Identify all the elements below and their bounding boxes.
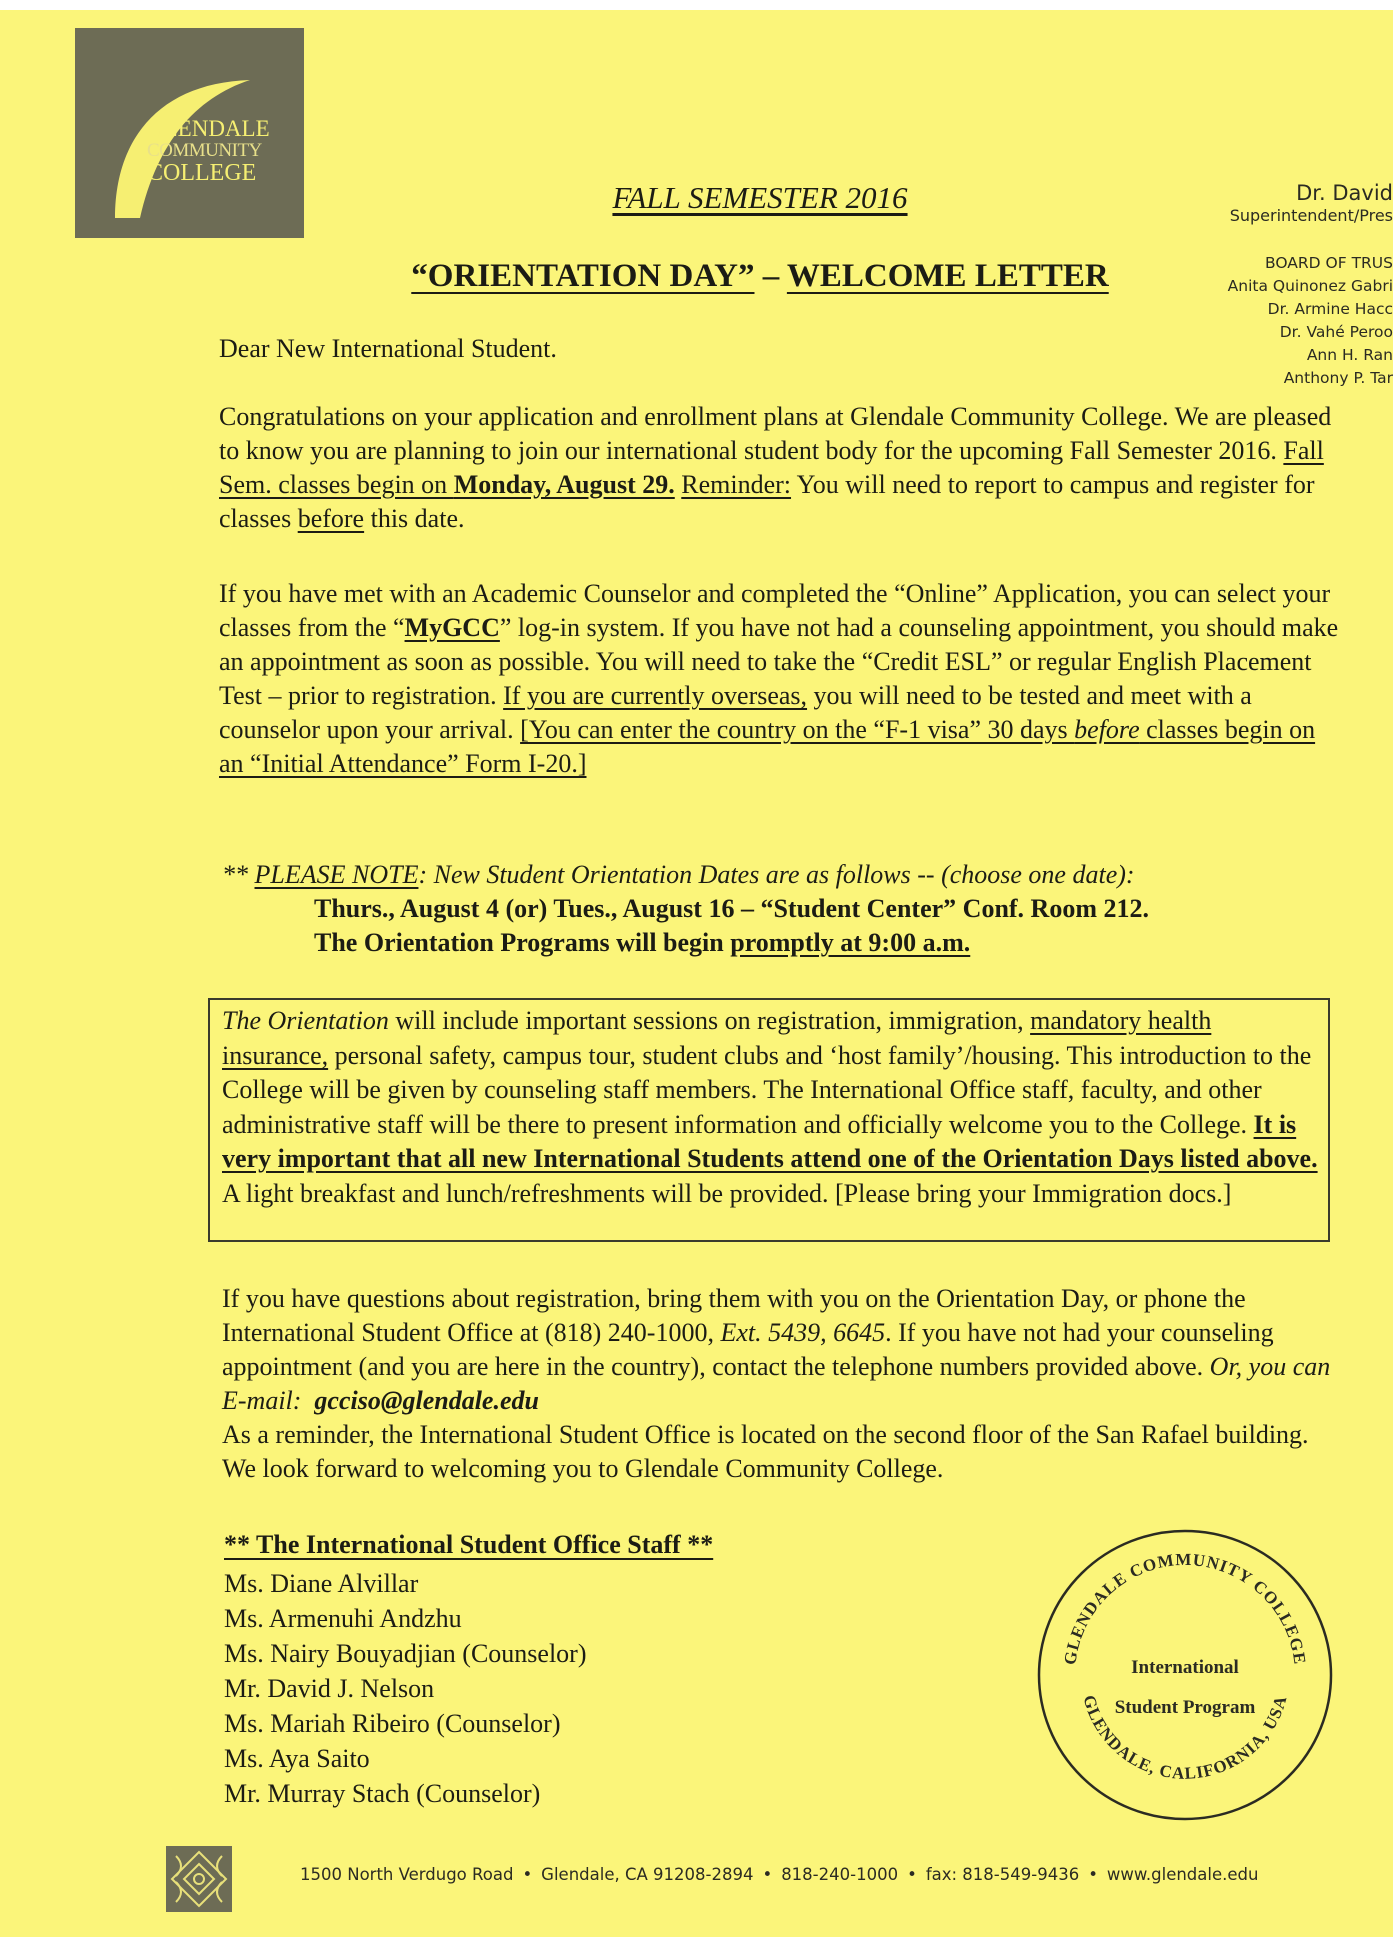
title-orientation-day: “ORIENTATION DAY”	[411, 258, 754, 294]
separator: •	[898, 1865, 926, 1884]
orientation-text: will include important sessions on regis…	[389, 1006, 1030, 1035]
orientation-details-box: The Orientation will include important s…	[208, 998, 1330, 1242]
svg-text:GLENDALE COMMUNITY COLLEGE: GLENDALE COMMUNITY COLLEGE	[1060, 1550, 1309, 1666]
classes-begin-date: Monday, August 29.	[454, 470, 675, 499]
reminder-end: this date.	[364, 504, 464, 533]
paragraph-contact: If you have questions about registration…	[222, 1282, 1347, 1486]
orientation-dates-note: ** PLEASE NOTE: New Student Orientation …	[222, 858, 1342, 960]
staff-heading: ** The International Student Office Staf…	[224, 1530, 713, 1560]
overseas-text: If you are currently overseas,	[503, 681, 807, 710]
intro-text: Congratulations on your application and …	[219, 402, 1331, 465]
email-link[interactable]: gcciso@glendale.edu	[314, 1386, 539, 1415]
footer-emblem-icon	[166, 1846, 232, 1912]
staff-list: Ms. Diane Alvillar Ms. Armenuhi Andzhu M…	[224, 1566, 587, 1811]
visa-note: [You can enter the country on the “F-1 v…	[520, 715, 1074, 744]
mygcc-system: MyGCC	[405, 613, 500, 642]
staff-member: Mr. Murray Stach (Counselor)	[224, 1776, 587, 1811]
logo-line-1: GLENDALE	[147, 118, 270, 140]
staff-member: Ms. Armenuhi Andzhu	[224, 1601, 587, 1636]
orientation-dates: Thurs., August 4 (or) Tues., August 16 –…	[222, 892, 1342, 926]
start-time-prefix: The Orientation Programs will begin	[314, 928, 730, 957]
note-stars: **	[222, 860, 255, 889]
orientation-details: personal safety, campus tour, student cl…	[222, 1041, 1311, 1139]
title-welcome-letter: WELCOME LETTER	[787, 258, 1109, 294]
visa-before: before	[1074, 715, 1139, 744]
letter-page: GLENDALE COMMUNITY COLLEGE FALL SEMESTER…	[0, 10, 1393, 1937]
logo-line-2: COMMUNITY	[147, 140, 270, 162]
reminder-label: Reminder:	[681, 470, 791, 499]
staff-member: Ms. Aya Saito	[224, 1741, 587, 1776]
svg-text:International: International	[1131, 1657, 1239, 1678]
refreshments-text: A light breakfast and lunch/refreshments…	[222, 1179, 1231, 1208]
paragraph-intro: Congratulations on your application and …	[219, 400, 1339, 536]
paragraph-registration: If you have met with an Academic Counsel…	[219, 577, 1339, 781]
president-role: Superintendent/Pres	[1133, 206, 1393, 226]
before-word: before	[298, 504, 364, 533]
footer-phone: 818-240-1000	[781, 1865, 898, 1884]
note-label: PLEASE NOTE	[255, 860, 419, 889]
orientation-label: The Orientation	[222, 1006, 389, 1035]
footer-fax: fax: 818-549-9436	[926, 1865, 1079, 1884]
separator: •	[753, 1865, 781, 1884]
title-dash: –	[754, 258, 786, 294]
president-name: Dr. David	[1133, 180, 1393, 206]
separator: •	[513, 1865, 541, 1884]
footer-address: 1500 North Verdugo Road	[300, 1865, 513, 1884]
board-member: Anthony P. Tar	[1133, 367, 1393, 390]
seal-stamp-icon: GLENDALE COMMUNITY COLLEGE GLENDALE, CAL…	[1033, 1525, 1337, 1825]
board-member: Anita Quinonez Gabri	[1133, 275, 1393, 298]
staff-member: Mr. David J. Nelson	[224, 1671, 587, 1706]
salutation: Dear New International Student.	[219, 332, 1339, 366]
start-time: promptly at 9:00 a.m.	[730, 928, 970, 957]
separator: •	[1079, 1865, 1107, 1884]
staff-member: Ms. Mariah Ribeiro (Counselor)	[224, 1706, 587, 1741]
staff-member: Ms. Nairy Bouyadjian (Counselor)	[224, 1636, 587, 1671]
office-location-text: As a reminder, the International Student…	[222, 1418, 1347, 1486]
phone-extensions: Ext. 5439, 6645	[720, 1318, 885, 1347]
svg-text:Student Program: Student Program	[1115, 1697, 1256, 1718]
footer-contact: 1500 North Verdugo Road•Glendale, CA 912…	[300, 1865, 1258, 1884]
board-member: Dr. Armine Hacc	[1133, 298, 1393, 321]
program-seal: GLENDALE COMMUNITY COLLEGE GLENDALE, CAL…	[1033, 1525, 1337, 1825]
note-text: : New Student Orientation Dates are as f…	[418, 860, 1134, 889]
footer-city: Glendale, CA 91208-2894	[541, 1865, 753, 1884]
board-heading: BOARD OF TRUS	[1133, 252, 1393, 275]
footer-website-link[interactable]: www.glendale.edu	[1107, 1865, 1259, 1884]
logo-wordmark: GLENDALE COMMUNITY COLLEGE	[147, 118, 270, 184]
staff-member: Ms. Diane Alvillar	[224, 1566, 587, 1601]
